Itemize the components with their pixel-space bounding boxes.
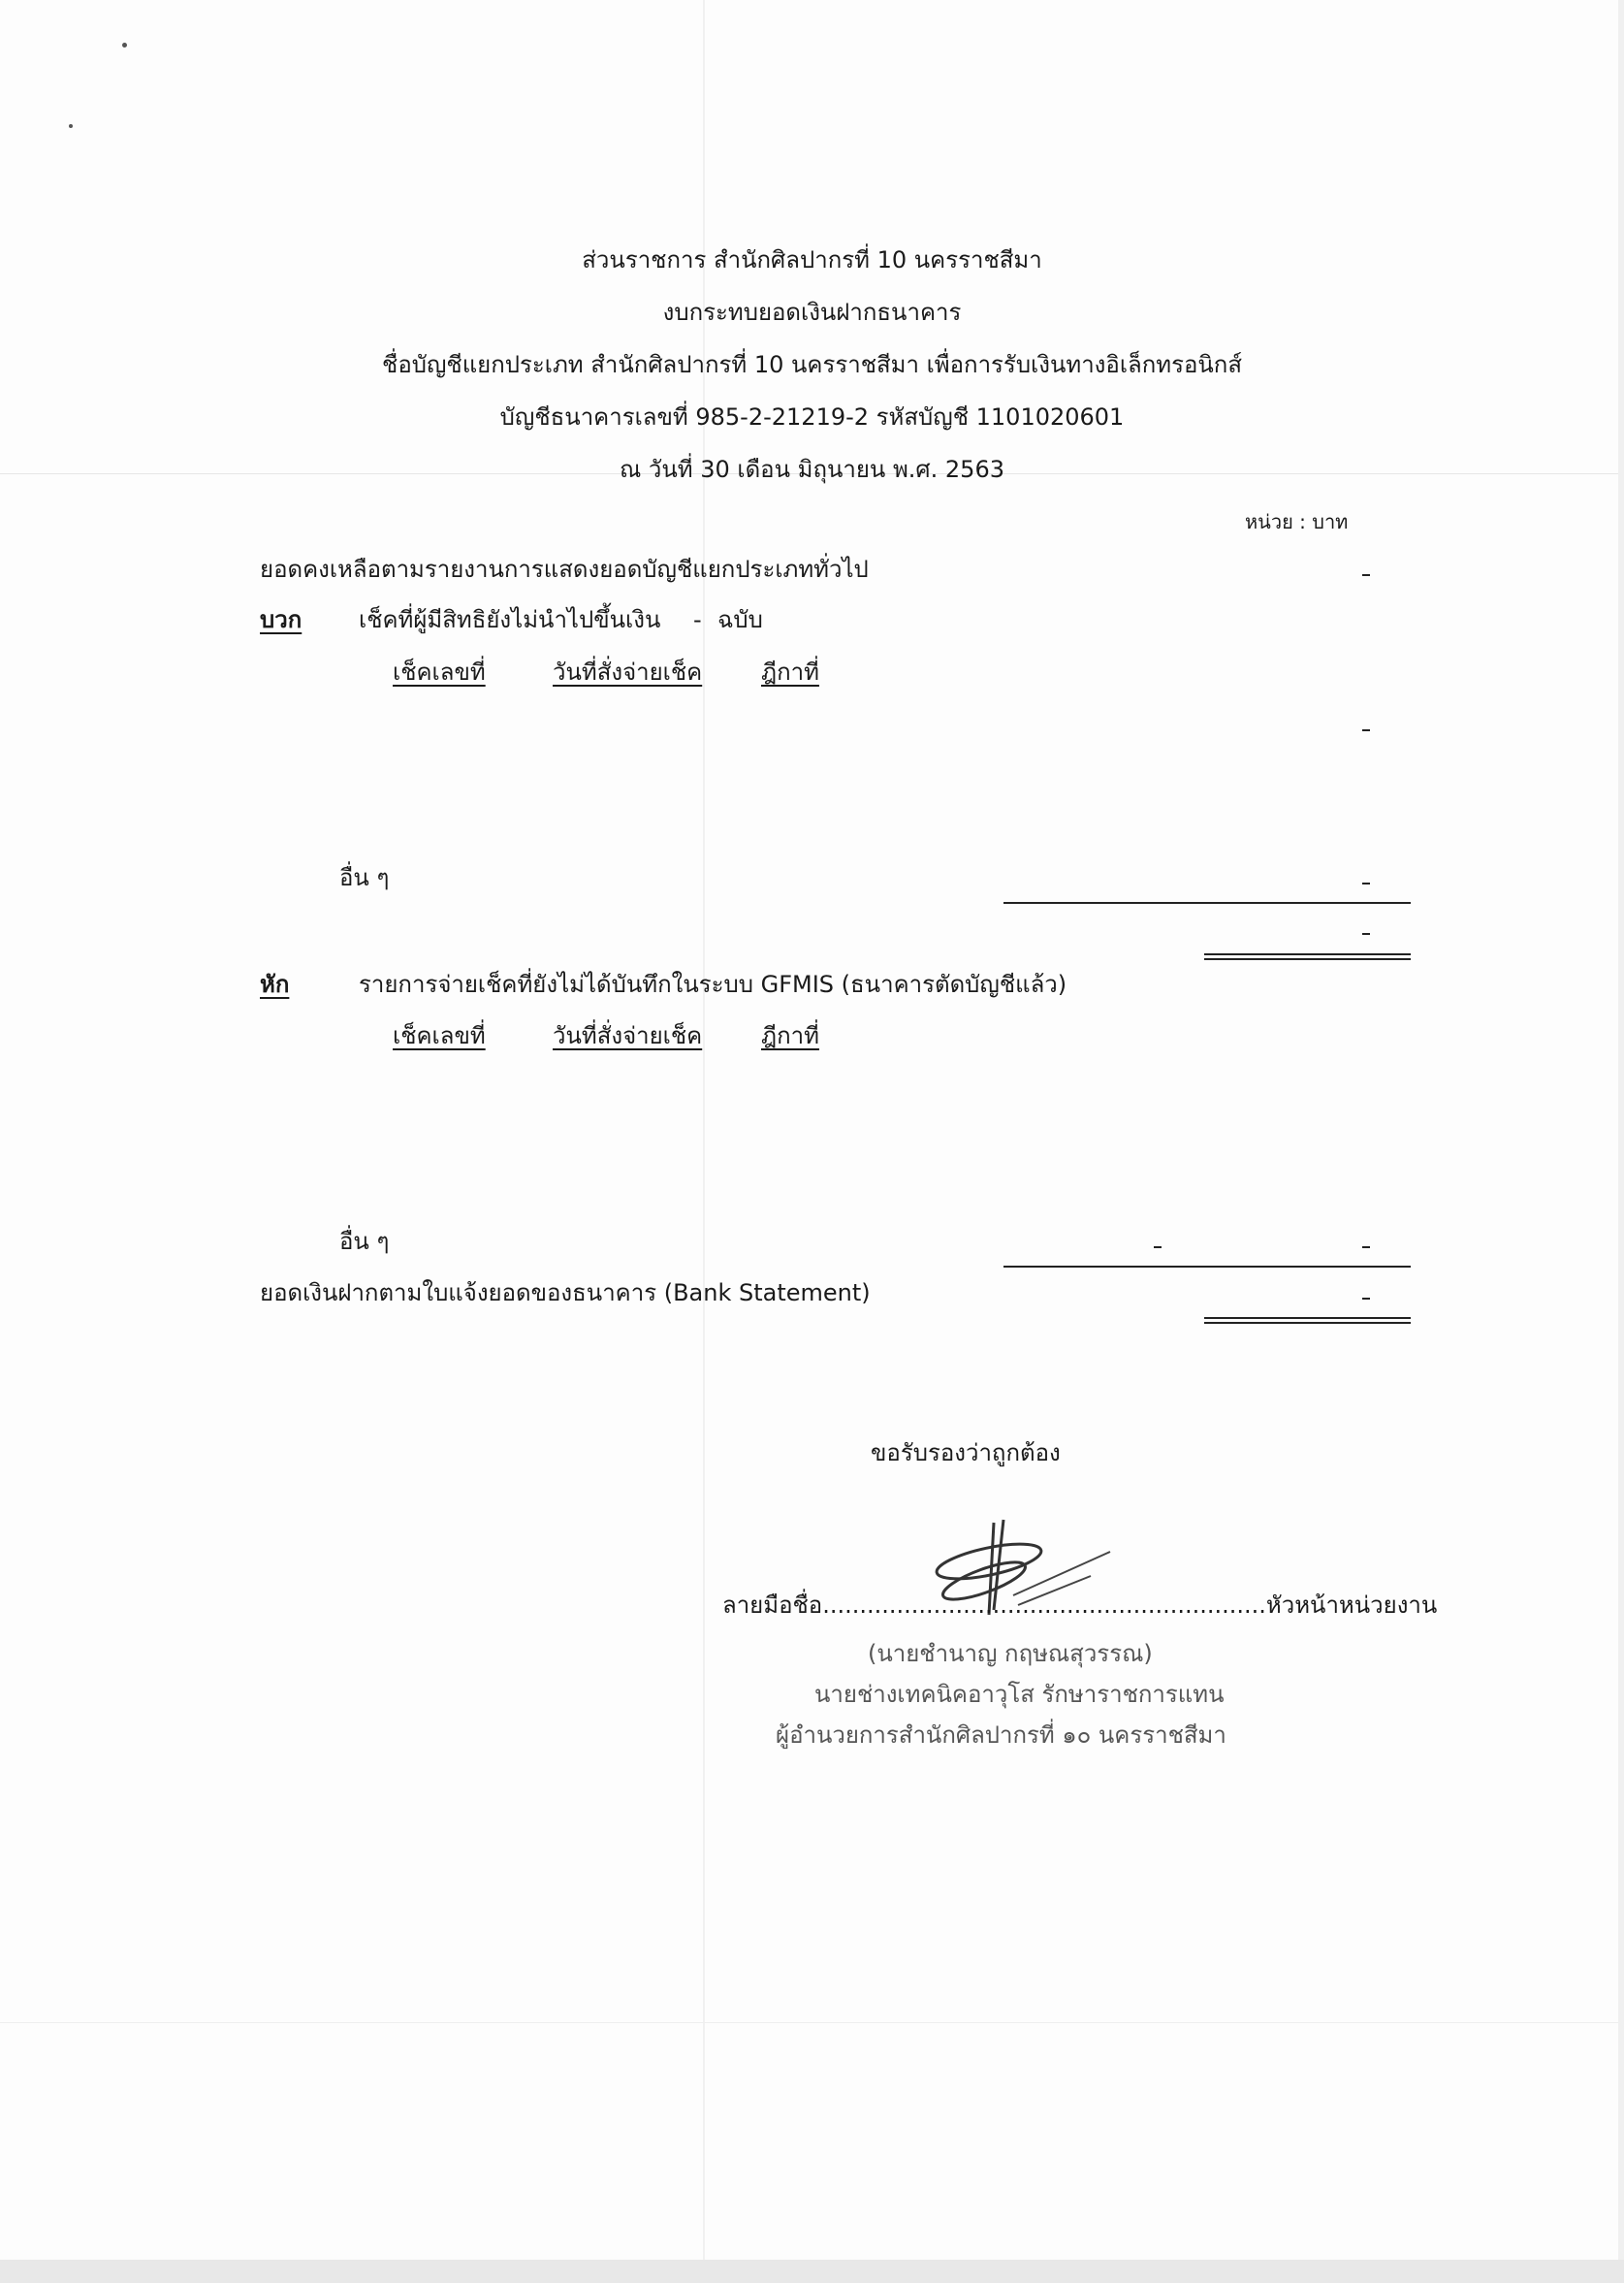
certification-statement: ขอรับรองว่าถูกต้อง — [871, 1438, 1061, 1467]
add-other-amount — [1362, 883, 1370, 884]
scan-edge-right — [1618, 0, 1624, 2283]
deduct-prefix: หัก — [260, 970, 289, 999]
add-label: เช็คที่ผู้มีสิทธิยังไม่นำไปขึ้นเงิน — [359, 605, 660, 634]
deduct-col-voucher: ฎีกาที่ — [761, 1021, 819, 1050]
header-account-name: ชื่อบัญชีแยกประเภท สำนักศิลปากรที่ 10 นค… — [0, 350, 1624, 379]
deduct-other-total — [1362, 1246, 1370, 1248]
deduct-rule — [1003, 1266, 1411, 1268]
bank-statement-amount — [1362, 1298, 1370, 1300]
scan-speck — [122, 43, 127, 48]
double-rule-top — [1204, 953, 1411, 955]
deduct-other-amount — [1154, 1246, 1162, 1248]
header-agency: ส่วนราชการ สำนักศิลปากรที่ 10 นครราชสีมา — [0, 245, 1624, 274]
unit-label: หน่วย : บาท — [1245, 507, 1348, 536]
signer-position: นายช่างเทคนิคอาวุโส รักษาราชการแทน — [814, 1680, 1224, 1709]
add-subtotal-amount — [1362, 933, 1370, 935]
document-page: ส่วนราชการ สำนักศิลปากรที่ 10 นครราชสีมา… — [0, 0, 1624, 2283]
ledger-balance-amount — [1362, 574, 1370, 576]
add-count: - — [693, 605, 702, 634]
signer-office: ผู้อำนวยการสำนักศิลปากรที่ ๑๐ นครราชสีมา — [776, 1720, 1226, 1750]
header-account-number: บัญชีธนาคารเลขที่ 985-2-21219-2 รหัสบัญช… — [0, 402, 1624, 432]
signature-suffix: หัวหน้าหน่วยงาน — [1266, 1592, 1437, 1619]
add-count-unit: ฉบับ — [717, 605, 763, 634]
add-col-voucher: ฎีกาที่ — [761, 658, 819, 687]
add-other-label: อื่น ๆ — [339, 863, 389, 892]
add-checks-amount — [1362, 729, 1370, 731]
scan-edge-bottom — [0, 2260, 1624, 2283]
signature-dots: ........................................… — [822, 1592, 1266, 1619]
deduct-col-check-date: วันที่สั่งจ่ายเช็ค — [553, 1021, 702, 1050]
double-rule-bottom — [1204, 958, 1411, 960]
header-date: ณ วันที่ 30 เดือน มิถุนายน พ.ศ. 2563 — [0, 455, 1624, 484]
deduct-other-label: อื่น ๆ — [339, 1227, 389, 1256]
paper-fold-horizontal-lower — [0, 2022, 1624, 2023]
signer-name: (นายชำนาญ กฤษณสุวรรณ) — [868, 1639, 1153, 1668]
deduct-col-check-no: เช็คเลขที่ — [393, 1021, 486, 1050]
add-col-check-date: วันที่สั่งจ่ายเช็ค — [553, 658, 702, 687]
scan-speck — [69, 124, 73, 128]
ledger-balance-label: ยอดคงเหลือตามรายงานการแสดงยอดบัญชีแยกประ… — [260, 555, 869, 584]
signature-prefix: ลายมือชื่อ — [722, 1592, 822, 1619]
deduct-label: รายการจ่ายเช็คที่ยังไม่ได้บันทึกในระบบ G… — [359, 970, 1067, 999]
header-title: งบกระทบยอดเงินฝากธนาคาร — [0, 298, 1624, 327]
add-col-check-no: เช็คเลขที่ — [393, 658, 486, 687]
add-prefix: บวก — [260, 605, 302, 634]
subtotal-rule — [1003, 902, 1411, 904]
signature-line: ลายมือชื่อ..............................… — [722, 1591, 1437, 1620]
final-double-rule-bottom — [1204, 1322, 1411, 1324]
bank-statement-label: ยอดเงินฝากตามใบแจ้งยอดของธนาคาร (Bank St… — [260, 1278, 871, 1307]
paper-fold-vertical — [703, 0, 705, 2283]
final-double-rule-top — [1204, 1317, 1411, 1319]
